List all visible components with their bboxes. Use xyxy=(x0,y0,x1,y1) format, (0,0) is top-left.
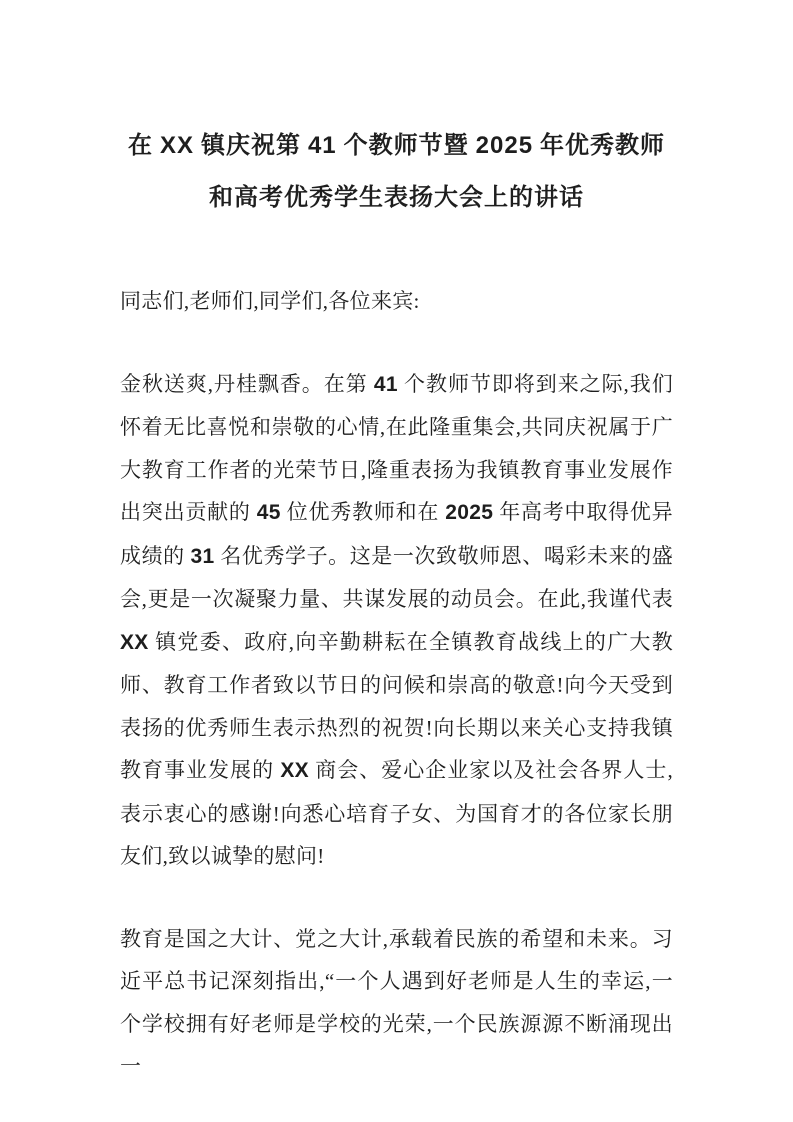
latin-text-run: 2025 xyxy=(476,132,533,159)
latin-text-run: XX xyxy=(280,759,309,782)
body-text-run: 金秋送爽,丹桂飘香。在第 xyxy=(120,372,374,396)
title-text-run: 在 xyxy=(128,133,160,159)
paragraph: 同志们,老师们,同学们,各位来宾: xyxy=(120,280,673,323)
latin-text-run: XX xyxy=(120,631,149,654)
title-text-run: 镇庆祝第 xyxy=(194,133,308,159)
paragraph: 金秋送爽,丹桂飘香。在第 41 个教师节即将到来之际,我们怀着无比喜悦和崇敬的心… xyxy=(120,363,673,878)
latin-text-run: 41 xyxy=(308,132,337,159)
latin-text-run: 2025 xyxy=(445,501,493,524)
body-text-run: 位优秀教师和在 xyxy=(281,500,446,524)
body-text-run: 同志们,老师们,同学们,各位来宾: xyxy=(120,289,420,313)
latin-text-run: 41 xyxy=(374,373,398,396)
latin-text-run: 45 xyxy=(257,501,281,524)
latin-text-run: 31 xyxy=(191,545,215,568)
title-text-run: 个教师节暨 xyxy=(337,133,476,159)
document-title: 在 XX 镇庆祝第 41 个教师节暨 2025 年优秀教师和高考优秀学生表扬大会… xyxy=(0,0,793,224)
latin-text-run: XX xyxy=(160,132,194,159)
document-page: 在 XX 镇庆祝第 41 个教师节暨 2025 年优秀教师和高考优秀学生表扬大会… xyxy=(0,0,793,1122)
paragraph: 教育是国之大计、党之大计,承载着民族的希望和未来。习近平总书记深刻指出,“一个人… xyxy=(120,918,673,1088)
body-text-run: 教育是国之大计、党之大计,承载着民族的希望和未来。习近平总书记深刻指出,“一个人… xyxy=(120,927,673,1079)
document-body: 同志们,老师们,同学们,各位来宾:金秋送爽,丹桂飘香。在第 41 个教师节即将到… xyxy=(0,280,793,1088)
